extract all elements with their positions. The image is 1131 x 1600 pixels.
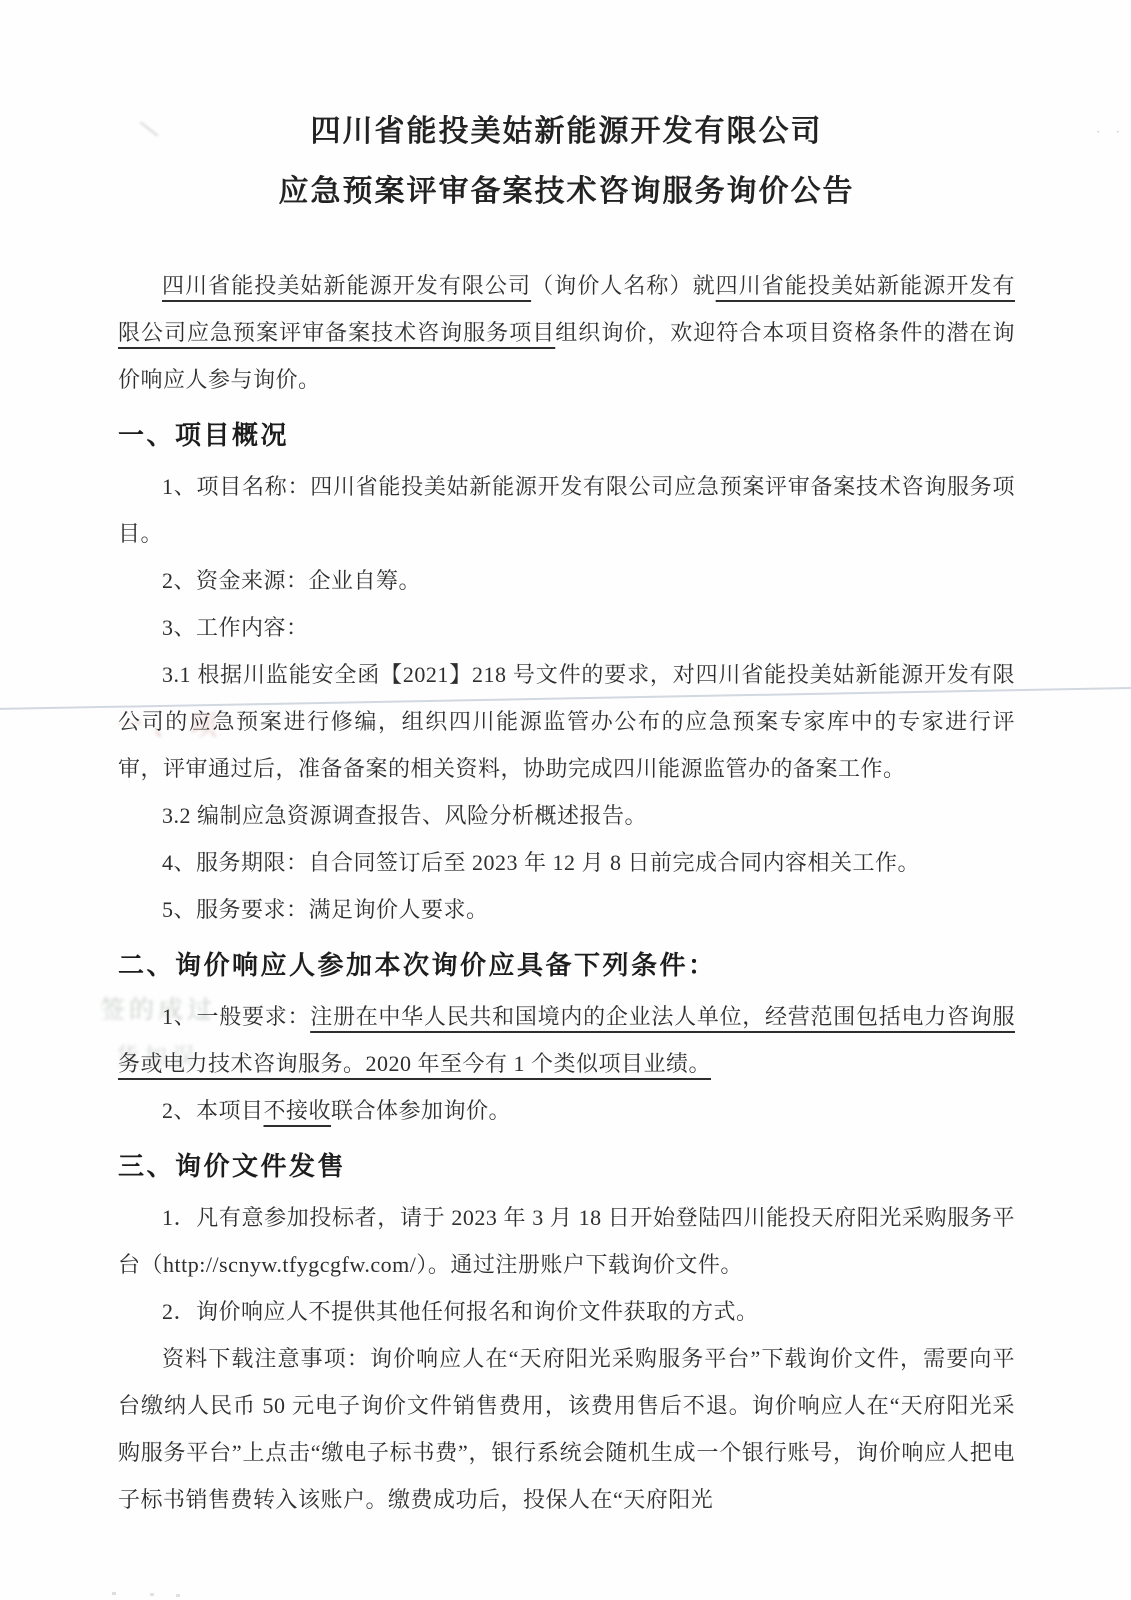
- section-3-download-note: 资料下载注意事项：询价响应人在“天府阳光采购服务平台”下载询价文件，需要向平台缴…: [118, 1335, 1015, 1523]
- document-title-line-1: 四川省能投美姑新能源开发有限公司: [118, 114, 1015, 150]
- document-title-line-2: 应急预案评审备案技术咨询服务询价公告: [118, 174, 1015, 210]
- section-1-item-1: 1、项目名称：四川省能投美姑新能源开发有限公司应急预案评审备案技术咨询服务项目。: [118, 463, 1015, 557]
- no-consortium-underlined: 不接收: [264, 1098, 332, 1123]
- section-1-item-3: 3、工作内容：: [118, 604, 1015, 651]
- section-2-heading: 二、询价响应人参加本次询价应具备下列条件：: [118, 943, 1015, 987]
- section-project-overview: 一、项目概况 1、项目名称：四川省能投美姑新能源开发有限公司应急预案评审备案技术…: [118, 413, 1015, 933]
- section-1-item-3-1: 3.1 根据川监能安全函【2021】218 号文件的要求，对四川省能投美姑新能源…: [118, 651, 1015, 792]
- section-1-item-2: 2、资金来源：企业自筹。: [118, 557, 1015, 604]
- item-prefix: 2、本项目: [162, 1098, 264, 1123]
- intro-text: （询价人名称）就: [531, 273, 716, 298]
- scanned-document-page: 一、项 签的成过 货加误 · · 四川省能投美姑新能源开发有限公司 应急预案评审…: [0, 0, 1131, 1600]
- section-3-item-1: 1．凡有意参加投标者，请于 2023 年 3 月 18 日开始登陆四川能投天府阳…: [118, 1194, 1015, 1288]
- inquirer-name-underlined: 四川省能投美姑新能源开发有限公司: [162, 273, 531, 298]
- section-qualification-requirements: 二、询价响应人参加本次询价应具备下列条件： 1、一般要求：注册在中华人民共和国境…: [118, 943, 1015, 1134]
- section-3-heading: 三、询价文件发售: [118, 1144, 1015, 1188]
- section-1-item-4: 4、服务期限：自合同签订后至 2023 年 12 月 8 日前完成合同内容相关工…: [118, 839, 1015, 886]
- section-3-item-2: 2．询价响应人不提供其他任何报名和询价文件获取的方式。: [118, 1288, 1015, 1335]
- intro-paragraph: 四川省能投美姑新能源开发有限公司（询价人名称）就四川省能投美姑新能源开发有限公司…: [118, 262, 1015, 403]
- section-1-item-3-2: 3.2 编制应急资源调查报告、风险分析概述报告。: [118, 792, 1015, 839]
- section-2-item-1: 1、一般要求：注册在中华人民共和国境内的企业法人单位，经营范围包括电力咨询服务或…: [118, 993, 1015, 1087]
- document-body: 四川省能投美姑新能源开发有限公司 应急预案评审备案技术咨询服务询价公告 四川省能…: [0, 114, 1131, 1523]
- section-document-sale: 三、询价文件发售 1．凡有意参加投标者，请于 2023 年 3 月 18 日开始…: [118, 1144, 1015, 1523]
- scan-specks: [112, 1592, 116, 1595]
- section-1-item-5: 5、服务要求：满足询价人要求。: [118, 886, 1015, 933]
- item-suffix: 联合体参加询价。: [331, 1098, 511, 1123]
- section-2-item-2: 2、本项目不接收联合体参加询价。: [118, 1087, 1015, 1134]
- item-prefix: 1、一般要求：: [162, 1004, 310, 1029]
- section-1-heading: 一、项目概况: [118, 413, 1015, 457]
